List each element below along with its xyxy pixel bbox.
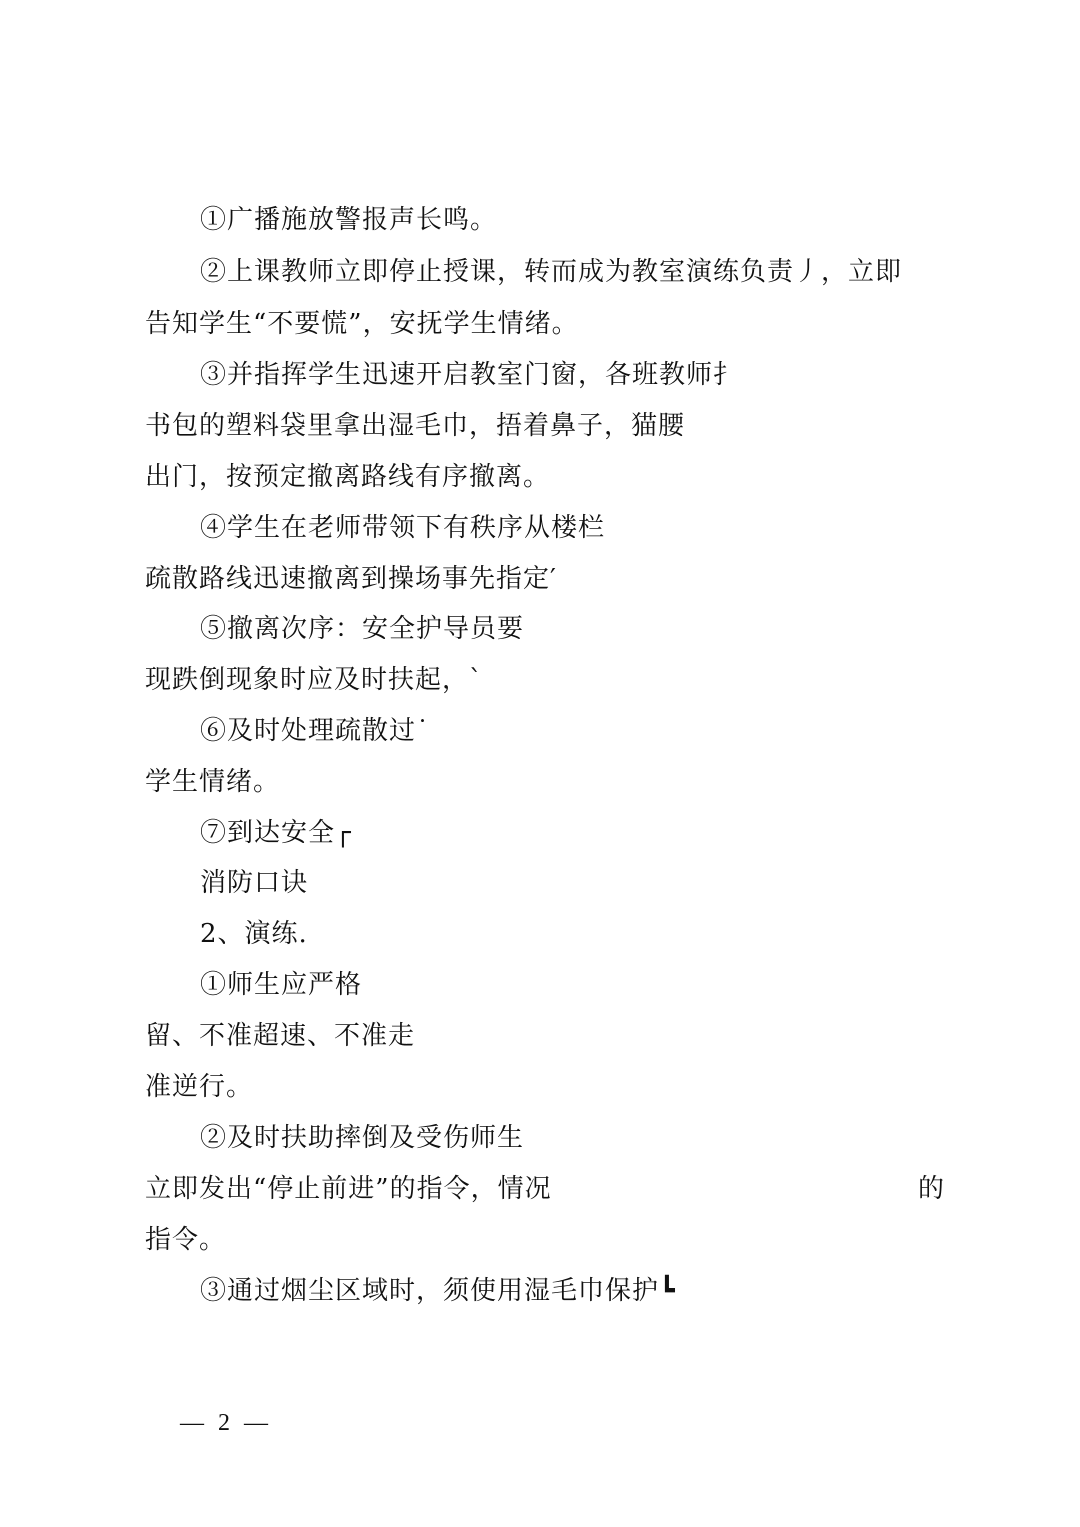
section-heading-drill: 2、演练.: [200, 919, 308, 949]
text-line-2: ②上课教师立即停止授课，转而成为教室演练负责丿，立即: [200, 257, 902, 287]
text-line-4: ③并指挥学生迅速开启教室门窗，各班教师扌: [200, 360, 740, 390]
text-line-20: 立即发出“停止前进”的指令，情况: [145, 1174, 552, 1204]
text-line-12: 学生情绪。: [145, 767, 280, 797]
text-line-8: 疏散路线迅速撤离到操场事先指定′: [145, 564, 557, 594]
text-line-9: ⑤撤离次序：安全护导员要: [200, 614, 524, 644]
text-line-19: ②及时扶助摔倒及受伤师生: [200, 1123, 524, 1153]
text-line-6: 出门，按预定撤离路线有序撤离。: [145, 462, 550, 492]
text-line-5: 书包的塑料袋里拿出湿毛巾，捂着鼻子，猫腰: [145, 411, 685, 441]
text-line-22: ③通过烟尘区域时，须使用湿毛巾保护┗: [200, 1276, 676, 1306]
page-number: — 2 —: [180, 1410, 272, 1437]
text-line-1: ①广播施放警报声长鸣。: [200, 205, 497, 235]
text-line-11: ⑥及时处理疏散过˙: [200, 716, 430, 746]
text-line-7: ④学生在老师带领下有秩序从楼栏: [200, 513, 605, 543]
text-line-17: 留、不准超速、不准走: [145, 1021, 415, 1051]
text-line-13: ⑦到达安全┌: [200, 818, 352, 848]
text-line-21: 指令。: [145, 1225, 226, 1255]
text-line-18: 准逆行。: [145, 1072, 253, 1102]
text-line-10: 现跌倒现象时应及时扶起，`: [145, 665, 483, 695]
text-line-14: 消防口诀: [200, 868, 308, 898]
text-fragment-right: 的: [918, 1174, 944, 1204]
text-line-16: ①师生应严格: [200, 970, 362, 1000]
text-line-3: 告知学生“不要慌”，安抚学生情绪。: [145, 309, 579, 339]
